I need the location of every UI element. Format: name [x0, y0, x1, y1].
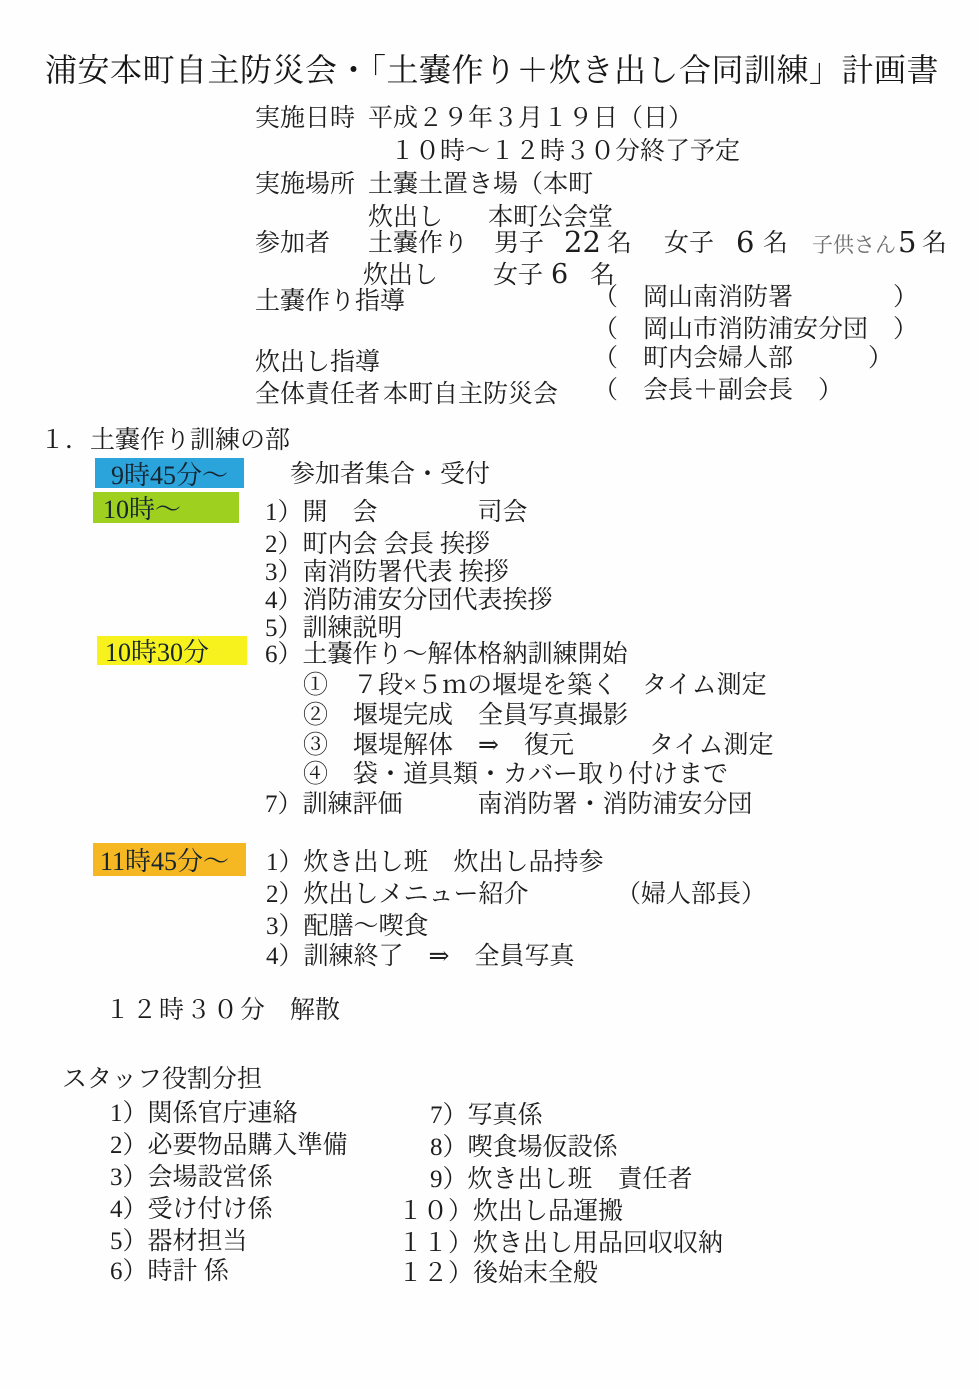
schedule-item: 3）南消防署代表 挨拶 [265, 559, 509, 588]
highlight-time-1030-label: 10時30分 [105, 632, 209, 669]
male-label: 男子 [494, 230, 544, 259]
female-count: 6 [736, 226, 754, 259]
staff-item: １２）後始末全般 [398, 1260, 598, 1289]
highlight-time-1145: 11時45分～ [93, 843, 246, 876]
time-range-value: １０時～１２時３０分終了予定 [390, 138, 740, 167]
schedule-item: 5）訓練説明 [265, 615, 403, 644]
document-title: 浦安本町自主防災会・「土嚢作り＋炊き出し合同訓練」計画書 [45, 52, 939, 89]
section1-heading: １．土嚢作り訓練の部 [40, 427, 290, 456]
female-unit: 名 [763, 230, 788, 259]
participants-group2: 炊出し [363, 262, 438, 291]
chief-note: （ 会長＋副会長 ） [593, 377, 843, 406]
children-unit: 名 [922, 230, 947, 259]
staff-item: １０）炊出し品運搬 [398, 1198, 623, 1227]
date-value: 平成２９年３月１９日（日） [368, 105, 693, 134]
schedule-item: 6）土嚢作り～解体格納訓練開始 [265, 641, 628, 670]
participants-label: 参加者 [255, 230, 330, 259]
highlight-time-1030: 10時30分 [97, 636, 247, 665]
staff-item: 1）関係官庁連絡 [110, 1100, 298, 1129]
end-time: １２時３０分 [105, 997, 267, 1026]
highlight-time-10-label: 10時～ [103, 489, 181, 526]
end-label: 解散 [290, 997, 340, 1026]
schedule-item: 7）訓練評価 南消防署・消防浦安分団 [265, 791, 753, 820]
staff-item: 5）器材担当 [110, 1228, 248, 1257]
scanned-plan-document: 浦安本町自主防災会・「土嚢作り＋炊き出し合同訓練」計画書 実施日時 平成２９年３… [0, 0, 979, 1389]
staff-item: １１）炊き出し用品回収収納 [398, 1230, 723, 1259]
staff-item: 9）炊き出し班 責任者 [430, 1166, 693, 1195]
participants-group1: 土嚢作り [368, 230, 468, 259]
schedule-item: 1）炊き出し班 炊出し品持参 [266, 849, 604, 878]
highlight-time-10: 10時～ [93, 492, 239, 523]
schedule-item: 4）消防浦安分団代表挨拶 [265, 587, 553, 616]
schedule-subitem: ③ 堰堤解体 ⇒ 復元 タイム測定 [303, 732, 773, 761]
schedule-item: 1）開 会 司会 [265, 499, 528, 528]
place-label: 実施場所 [255, 171, 355, 200]
children-count: 5 [898, 226, 916, 259]
staff-item: 7）写真係 [430, 1102, 543, 1131]
chief-label: 全体責任者 [255, 381, 380, 410]
group2-female-label: 女子 [493, 262, 543, 291]
sandbag-lead-org1: （ 岡山南消防署 ） [593, 284, 918, 313]
children-label: 子供さん [812, 233, 896, 257]
slot1-text: 参加者集合・受付 [290, 461, 490, 490]
cook-lead-org: （ 町内会婦人部 ） [593, 345, 893, 374]
staff-item: 6）時計 係 [110, 1258, 229, 1287]
schedule-item: 2）町内会 会長 挨拶 [265, 531, 490, 560]
group2-female-count: 6 [551, 259, 568, 290]
sandbag-lead-org2: （ 岡山市消防浦安分団 ） [593, 316, 918, 345]
schedule-subitem: ② 堰堤完成 全員写真撮影 [303, 702, 628, 731]
schedule-subitem: ① ７段×５ｍの堰堤を築く タイム測定 [303, 672, 767, 701]
schedule-item: 3）配膳～喫食 [266, 913, 429, 942]
staff-item: 8）喫食場仮設係 [430, 1134, 618, 1163]
schedule-subitem: ④ 袋・道具類・カバー取り付けまで [303, 761, 728, 790]
staff-item: 3）会場設営係 [110, 1164, 273, 1193]
sandbag-lead-label: 土嚢作り指導 [255, 288, 405, 317]
highlight-time-1145-label: 11時45分～ [100, 841, 229, 878]
schedule-item: 4）訓練終了 ⇒ 全員写真 [266, 943, 574, 972]
date-label: 実施日時 [255, 105, 355, 134]
highlight-time-945-label: 9時45分～ [111, 455, 228, 492]
highlight-time-945: 9時45分～ [95, 458, 244, 488]
cook-place-label: 炊出し [368, 204, 443, 233]
cook-lead-label: 炊出し指導 [255, 349, 380, 378]
staff-item: 2）必要物品購入準備 [110, 1132, 348, 1161]
staff-heading: スタッフ役割分担 [62, 1066, 262, 1095]
schedule-item: 2）炊出しメニュー紹介 （婦人部長） [266, 881, 766, 910]
chief-value: 本町自主防災会 [383, 381, 558, 410]
place-value: 土嚢土置き場（本町 [368, 171, 593, 200]
male-count: 22 [564, 226, 601, 259]
male-unit: 名 [607, 230, 632, 259]
female-label: 女子 [664, 230, 714, 259]
staff-item: 4）受け付け係 [110, 1196, 273, 1225]
